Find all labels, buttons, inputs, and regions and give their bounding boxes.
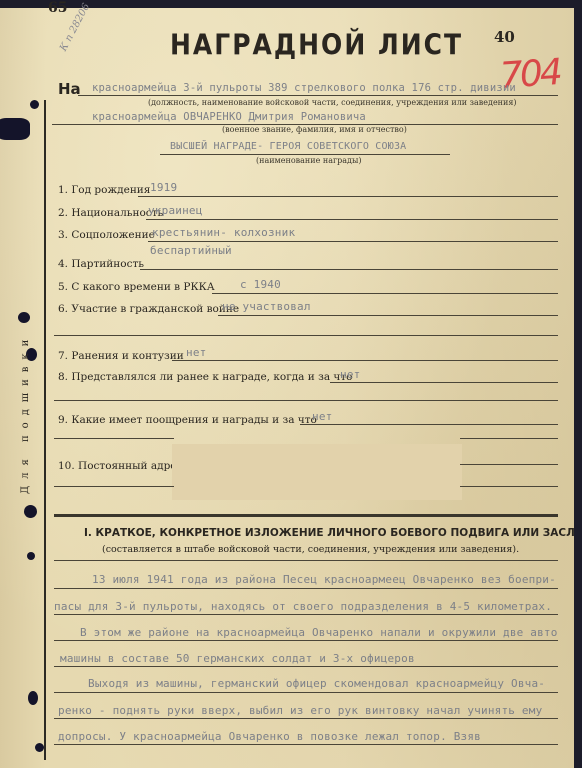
page-number-top: 65	[48, 0, 67, 16]
story-rule	[54, 560, 558, 561]
field-rule	[300, 424, 558, 425]
field-label-rkka-since: 5. С какого времени в РККА	[58, 281, 215, 293]
field-label-commendations: 9. Какие имеет поощрения и награды и за …	[58, 414, 317, 426]
field-rule	[460, 464, 558, 465]
field-rule	[460, 438, 558, 439]
field-value-birth-year: 1919	[150, 181, 177, 194]
field-rule	[54, 400, 558, 401]
field-value-prior-nomination: нет	[340, 368, 360, 381]
field-value-nationality: украинец	[148, 204, 203, 217]
award-rule	[160, 154, 450, 155]
story-line: 13 июля 1941 года из района Песец красно…	[92, 573, 556, 586]
redacted-address-block	[172, 444, 462, 500]
story-rule	[54, 640, 558, 641]
scan-border	[574, 0, 582, 768]
field-label-address: 10. Постоянный адрес:	[58, 460, 186, 472]
field-rule	[146, 219, 558, 220]
field-label-party: 4. Партийность	[58, 258, 144, 270]
story-line: Выходя из машины, германский офицер ском…	[88, 677, 545, 690]
field-value-commendations: нет	[312, 410, 332, 423]
field-rule	[212, 293, 558, 294]
name-caption: (военное звание, фамилия, имя и отчество…	[222, 125, 407, 134]
section-title: I. КРАТКОЕ, КОНКРЕТНОЕ ИЗЛОЖЕНИЕ ЛИЧНОГО…	[84, 527, 582, 539]
left-margin-rule	[44, 100, 46, 760]
field-rule	[54, 486, 174, 487]
field-label-prior-nomination: 8. Представлялся ли ранее к награде, ког…	[58, 371, 353, 383]
story-rule	[54, 744, 558, 745]
story-rule	[54, 666, 558, 667]
field-rule	[330, 382, 558, 383]
award-caption: (наименование награды)	[256, 156, 361, 165]
field-rule	[54, 335, 558, 336]
story-line: ренко - поднять руки вверх, выбил из его…	[58, 704, 542, 717]
field-rule	[172, 360, 558, 361]
story-rule	[54, 718, 558, 719]
award-sheet-page: 65 К п 28206 Для подшивки НАГРАДНОЙ ЛИСТ…	[0, 8, 574, 768]
story-rule	[54, 614, 558, 615]
sheet-number: 40	[494, 28, 515, 46]
field-label-civil-war: 6. Участие в гражданской войне	[58, 303, 239, 315]
punch-hole	[30, 100, 39, 109]
story-line: допросы. У красноармейца Овчаренко в пов…	[58, 730, 481, 743]
section-subtitle: (составляется в штабе войсковой части, с…	[102, 544, 519, 555]
document-title: НАГРАДНОЙ ЛИСТ	[170, 28, 463, 61]
field-rule	[54, 438, 174, 439]
position-rule	[78, 95, 558, 96]
field-rule	[140, 269, 558, 270]
margin-binding-text: Для подшивки	[20, 303, 34, 523]
award-value: ВЫСШЕЙ НАГРАДЕ- ГЕРОЯ СОВЕТСКОГО СОЮЗА	[170, 141, 406, 152]
field-rule	[138, 196, 558, 197]
field-rule	[148, 241, 558, 242]
story-rule	[54, 588, 558, 589]
position-value: красноармейца 3-й пульроты 389 стрелково…	[92, 82, 516, 94]
story-line: машины в составе 50 германских солдат и …	[60, 652, 415, 665]
punch-hole	[35, 743, 44, 752]
position-caption: (должность, наименование войсковой части…	[148, 98, 517, 107]
field-value-party: беспартийный	[150, 244, 232, 257]
story-rule	[54, 692, 558, 693]
name-value: красноармейца ОВЧАРЕНКО Дмитрия Романови…	[92, 111, 366, 123]
story-line: В этом же районе на красноармейца Овчаре…	[80, 626, 558, 639]
section-divider	[54, 514, 558, 517]
field-value-social-status: крестьянин- колхозник	[152, 226, 295, 239]
punch-hole	[0, 118, 30, 140]
field-label-wounds: 7. Ранения и контузии	[58, 350, 184, 362]
punch-hole	[27, 552, 35, 560]
punch-hole	[28, 691, 38, 705]
field-rule	[460, 486, 558, 487]
field-label-social-status: 3. Соцположение	[58, 229, 155, 241]
field-value-wounds: нет	[186, 346, 206, 359]
field-value-rkka-since: с 1940	[240, 278, 281, 291]
field-value-civil-war: не участвовал	[222, 300, 311, 313]
story-line: пасы для 3-й пульроты, находясь от своег…	[54, 600, 552, 613]
field-rule	[218, 315, 558, 316]
field-label-birth-year: 1. Год рождения	[58, 184, 150, 196]
